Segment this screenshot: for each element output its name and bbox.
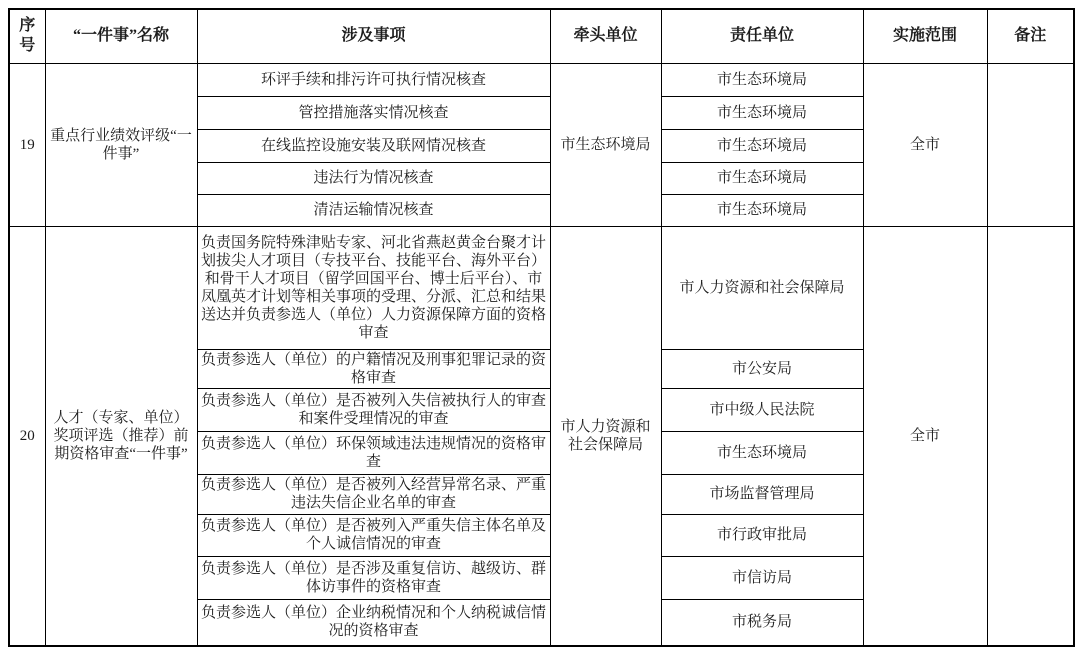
unit-cell: 市人力资源和社会保障局	[661, 226, 863, 349]
serial-cell: 20	[9, 226, 45, 646]
header-scope: 实施范围	[863, 9, 987, 63]
header-name: “一件事”名称	[45, 9, 197, 63]
unit-cell: 市生态环境局	[661, 431, 863, 474]
matter-cell: 负责国务院特殊津贴专家、河北省燕赵黄金台聚才计划拔尖人才项目（专技平台、技能平台…	[197, 226, 550, 349]
header-lead-unit: 牵头单位	[550, 9, 661, 63]
matter-cell: 负责参选人（单位）是否涉及重复信访、越级访、群体访事件的资格审查	[197, 556, 550, 599]
matter-cell: 负责参选人（单位）是否被列入严重失信主体名单及个人诚信情况的审查	[197, 514, 550, 556]
table-row: 20 人才（专家、单位）奖项评选（推荐）前期资格审查“一件事” 负责国务院特殊津…	[9, 226, 1074, 349]
scope-cell: 全市	[863, 226, 987, 646]
unit-cell: 市生态环境局	[661, 129, 863, 162]
table-header-row: 序号 “一件事”名称 涉及事项 牵头单位 责任单位 实施范围 备注	[9, 9, 1074, 63]
unit-cell: 市公安局	[661, 349, 863, 388]
unit-cell: 市生态环境局	[661, 96, 863, 129]
matter-cell: 违法行为情况核查	[197, 162, 550, 194]
matter-cell: 在线监控设施安装及联网情况核查	[197, 129, 550, 162]
matter-cell: 负责参选人（单位）企业纳税情况和个人纳税诚信情况的资格审查	[197, 599, 550, 646]
unit-cell: 市生态环境局	[661, 194, 863, 226]
remark-cell	[987, 226, 1074, 646]
header-remark: 备注	[987, 9, 1074, 63]
matter-cell: 负责参选人（单位）是否被列入失信被执行人的审查和案件受理情况的审查	[197, 388, 550, 431]
unit-cell: 市税务局	[661, 599, 863, 646]
lead-unit-cell: 市生态环境局	[550, 63, 661, 226]
unit-cell: 市中级人民法院	[661, 388, 863, 431]
one-matter-table: 序号 “一件事”名称 涉及事项 牵头单位 责任单位 实施范围 备注 19 重点行…	[8, 8, 1075, 647]
serial-cell: 19	[9, 63, 45, 226]
unit-cell: 市场监督管理局	[661, 474, 863, 514]
name-cell: 重点行业绩效评级“一件事”	[45, 63, 197, 226]
matter-cell: 负责参选人（单位）是否被列入经营异常名录、严重违法失信企业名单的审查	[197, 474, 550, 514]
scope-cell: 全市	[863, 63, 987, 226]
remark-cell	[987, 63, 1074, 226]
matter-cell: 清洁运输情况核查	[197, 194, 550, 226]
unit-cell: 市生态环境局	[661, 162, 863, 194]
header-serial: 序号	[9, 9, 45, 63]
matter-cell: 管控措施落实情况核查	[197, 96, 550, 129]
header-matters: 涉及事项	[197, 9, 550, 63]
unit-cell: 市行政审批局	[661, 514, 863, 556]
unit-cell: 市生态环境局	[661, 63, 863, 96]
table-row: 19 重点行业绩效评级“一件事” 环评手续和排污许可执行情况核查 市生态环境局 …	[9, 63, 1074, 96]
matter-cell: 负责参选人（单位）的户籍情况及刑事犯罪记录的资格审查	[197, 349, 550, 388]
document-page: 序号 “一件事”名称 涉及事项 牵头单位 责任单位 实施范围 备注 19 重点行…	[8, 8, 1075, 647]
lead-unit-cell: 市人力资源和社会保障局	[550, 226, 661, 646]
matter-cell: 环评手续和排污许可执行情况核查	[197, 63, 550, 96]
header-responsible-unit: 责任单位	[661, 9, 863, 63]
unit-cell: 市信访局	[661, 556, 863, 599]
name-cell: 人才（专家、单位）奖项评选（推荐）前期资格审查“一件事”	[45, 226, 197, 646]
matter-cell: 负责参选人（单位）环保领域违法违规情况的资格审查	[197, 431, 550, 474]
